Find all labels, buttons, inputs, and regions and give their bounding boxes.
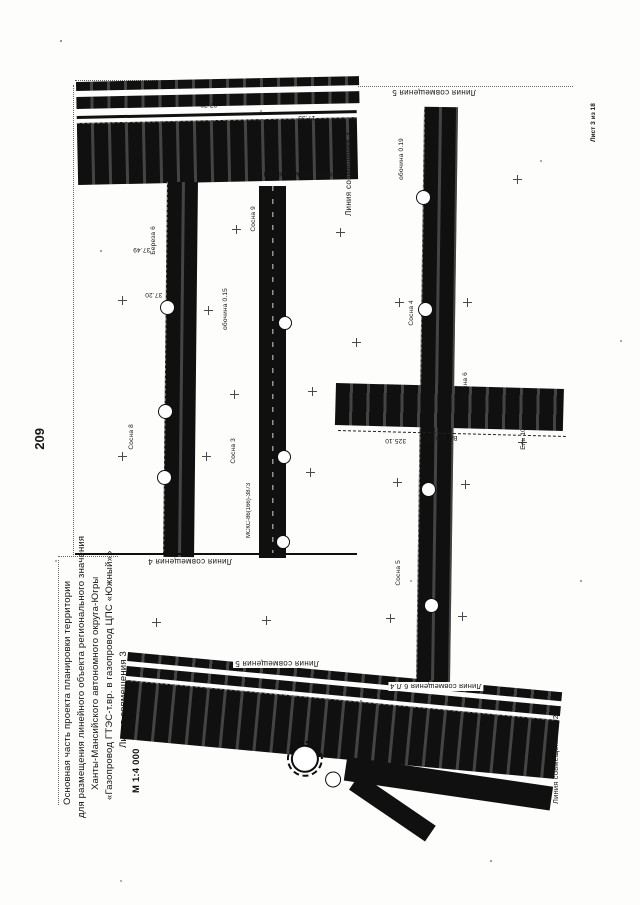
page-number: 209 <box>32 428 47 450</box>
grid-cross-icon <box>513 175 522 184</box>
road-strip <box>76 91 359 109</box>
grid-cross-icon <box>386 614 395 623</box>
measure-3749: 37.49 <box>133 246 150 253</box>
grid-cross-icon <box>393 478 402 487</box>
survey-point <box>277 450 291 464</box>
survey-code: МСКС-86(166)-3873 <box>246 448 252 538</box>
grid-cross-icon <box>306 468 315 477</box>
power-line-label: ВЛ 110 кВ <box>426 434 457 441</box>
title-line-1: Основная часть проекта планировки террит… <box>62 560 73 805</box>
measure-2770: 27.70 <box>200 101 217 108</box>
survey-point <box>424 598 439 613</box>
title-block-border-top <box>58 556 118 557</box>
alignment-label-6-right: Линия совмещения 6 Л2 <box>551 686 560 804</box>
title-block-border <box>58 560 59 805</box>
grid-cross-icon <box>262 616 271 625</box>
grid-cross-icon <box>461 480 470 489</box>
veg-pine3: Сосна 3 <box>230 438 237 464</box>
grid-cross-icon <box>152 618 161 627</box>
corridor-bottom <box>114 652 562 842</box>
alignment-label-5-top: Линия совмещения 5 <box>392 88 476 97</box>
shoulder-annotation-1: обочина 0.15 <box>222 288 229 330</box>
survey-point <box>160 300 175 315</box>
measure-3720: 37.20 <box>145 291 162 298</box>
boundary-line-4 <box>75 553 357 555</box>
shoulder-annotation-2: обочина 0.19 <box>398 138 405 180</box>
alignment-label-5-bottom: Линия совмещения 5 <box>233 659 321 668</box>
measure-1733: 17.33 <box>298 114 315 121</box>
frame-left-dots <box>73 85 74 557</box>
grid-cross-icon <box>232 225 241 234</box>
grid-cross-icon <box>118 296 127 305</box>
grid-cross-icon <box>202 452 211 461</box>
survey-point <box>157 470 172 485</box>
grid-cross-icon <box>118 452 127 461</box>
alignment-label-6-bottom: Линия совмещения 6 Л.4 <box>388 682 483 691</box>
veg-pine6: Сосна 6 <box>462 372 469 398</box>
veg-pine9: Сосна 9 <box>250 206 257 232</box>
veg-pine4: Сосна 4 <box>408 300 415 326</box>
grid-cross-icon <box>336 228 345 237</box>
survey-point <box>278 316 292 330</box>
veg-birch6: Береза 6 <box>150 226 157 255</box>
grid-cross-icon <box>352 338 361 347</box>
alignment-label-4-top: Линия совмещения 4 <box>256 170 340 179</box>
survey-point <box>324 771 341 788</box>
title-line-3: Ханты-Мансийского автономного округа-Югр… <box>90 560 101 790</box>
scanned-plan-page: Основная часть проекта планировки террит… <box>0 0 640 905</box>
survey-point <box>276 535 290 549</box>
grid-cross-icon <box>230 390 239 399</box>
grid-cross-icon <box>458 612 467 621</box>
scan-noise <box>60 40 62 42</box>
grid-cross-icon <box>395 298 404 307</box>
frame-top-dots <box>358 86 573 87</box>
crossing-corridor <box>335 383 564 431</box>
measure-32510: 325.10 <box>385 437 406 444</box>
alignment-label-3: Линия совмещения 3 <box>344 94 353 216</box>
survey-point <box>418 302 433 317</box>
veg-pine8: Сосна 8 <box>128 424 135 450</box>
alignment-label-4-bottom: Линия совмещения 4 <box>148 557 232 566</box>
pipeline-band-middle <box>259 186 286 558</box>
survey-point <box>421 482 436 497</box>
survey-point <box>158 404 173 419</box>
sheet-label: Лист 3 из 18 <box>590 96 597 142</box>
road-strip <box>76 76 359 91</box>
title-line-2: для размещения линейного объекта региона… <box>76 560 87 818</box>
title-line-4: «Газопровод ГТЭС-т.вр. в газопровод ЦПС … <box>104 560 115 800</box>
grid-cross-icon <box>518 438 527 447</box>
grid-cross-icon <box>308 387 317 396</box>
grid-cross-icon <box>204 306 213 315</box>
veg-pine5: Сосна 5 <box>395 560 402 586</box>
survey-point <box>416 190 431 205</box>
pipeline-band-left <box>163 182 198 557</box>
grid-cross-icon <box>463 298 472 307</box>
